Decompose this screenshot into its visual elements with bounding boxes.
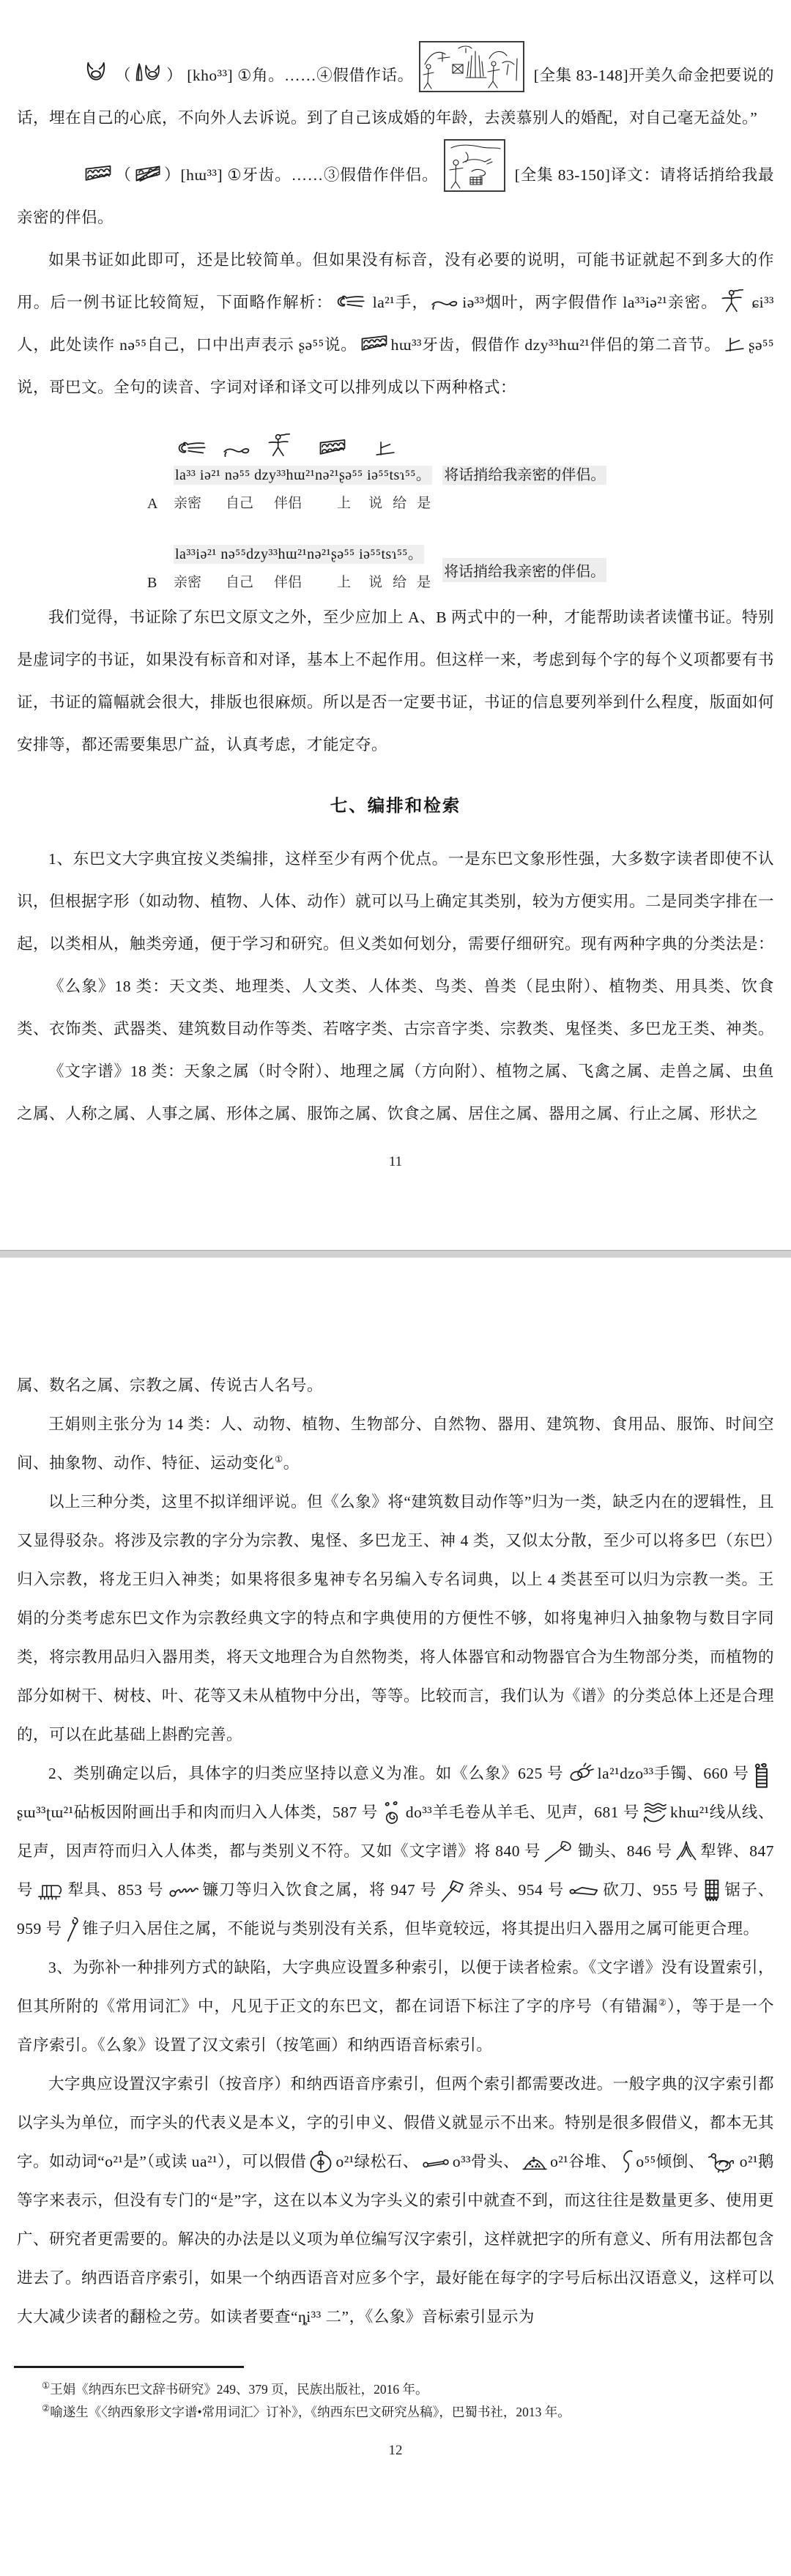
gloss-word: 自己 [226, 496, 253, 511]
example-b-phonetic: la³³iə²¹ nə⁵⁵dzy³³hɯ²¹nə²¹ʂə⁵⁵ iə⁵⁵tsɿ⁵⁵… [174, 545, 424, 564]
page-12: 属、数名之属、宗教之属、传说古人名号。 王娟则主张分为 14 类：人、动物、植物… [0, 1258, 791, 2576]
document-scan: { "page1": { "number": "11", "entry1": {… [0, 0, 791, 2576]
page-11: （） [kho³³] ①角。……④假借作话。 [全集 83-148]开美久命金把… [0, 0, 791, 1250]
page-divider [0, 1250, 791, 1258]
geba-sho-glyph [724, 334, 746, 353]
gloss-word: 自己 [226, 575, 253, 590]
gloss-word: 亲密 [174, 575, 201, 590]
axe-glyph [440, 1877, 465, 1902]
awl-glyph [65, 1916, 80, 1942]
teeth-glyph [319, 438, 346, 457]
gloss-word: 是 [417, 496, 431, 511]
example-a-glyph-row [174, 422, 774, 457]
gloss-word: 说 [368, 496, 382, 511]
footnote-1: ①王娟《纳西东巴文辞书研究》249、379 页，民族出版社，2016 年。 [17, 2378, 774, 2401]
tobacco-leaf-glyph [431, 297, 459, 310]
gloss-word: 给 [393, 575, 406, 590]
hand-glyph [335, 293, 365, 310]
thread-glyph [642, 1802, 667, 1824]
page-number-11: 11 [17, 1154, 774, 1170]
footnote-2: ②喻遂生《〈纳西象形文字谱•常用词汇〉订补》，《纳西东巴文研究丛稿》，巴蜀书社，… [17, 2401, 774, 2424]
paragraph-wenzipu-18-classes: 《文字谱》18 类：天象之属（时令附）、地理之属（方向附）、植物之属、飞禽之属、… [17, 1050, 774, 1135]
section-heading: 七、编排和检索 [17, 791, 774, 822]
paragraph-classification-1: 1、东巴文大字典宜按义类编排，这样至少有两个优点。一是东巴文象形性强，大多数字读… [17, 838, 774, 965]
footnote-marker: ② [42, 2403, 50, 2413]
example-b-label: B [140, 570, 174, 596]
teeth-glyph [360, 334, 388, 353]
example-block-b: la³³iə²¹ nə⁵⁵dzy³³hɯ²¹nə²¹ʂə⁵⁵ iə⁵⁵tsɿ⁵⁵… [174, 539, 774, 596]
gloss-word: 伴侣 [274, 496, 302, 511]
machete-glyph [568, 1883, 600, 1898]
chopping-board-glyph [752, 1762, 771, 1788]
paragraph-point-3: 3、为弥补一种排列方式的缺陷，大字典应设置多种索引，以便于读者检索。《文字谱》没… [17, 1948, 774, 2065]
paragraph-index-discussion: 大字典应设置汉字索引（按音序）和纳西语音序索引，但两个索引都需要改进。一般字典的… [17, 2065, 774, 2337]
hand-glyph [177, 439, 206, 457]
horn-variant-glyph [134, 62, 163, 83]
example-a-gloss-words: 亲密自己伴侣上说给是 [174, 491, 431, 517]
geba-sho-glyph [374, 438, 396, 457]
footnote-marker: ① [42, 2380, 50, 2391]
example-a-phonetic: la³³ iə²¹ nə⁵⁵ dzy³³hɯ²¹nə²¹ʂə⁵⁵ iə⁵⁵tsɿ… [174, 466, 432, 485]
gloss-word: 给 [393, 496, 406, 511]
saw-glyph [702, 1877, 721, 1904]
manuscript-image-83-148 [419, 41, 524, 92]
gloss-word: 伴侣 [274, 575, 302, 590]
example-a-gloss-row: A 亲密自己伴侣上说给是 [174, 491, 774, 517]
tobacco-leaf-glyph [223, 444, 251, 457]
example-a-translation: 将话捎给我亲密的伴侣。 [442, 466, 606, 485]
hoe-glyph [543, 1840, 574, 1862]
paragraph-point-2: 2、类别确定以后，具体字的归类应坚持以意义为准。如《么象》625 号la²¹dz… [17, 1754, 774, 1948]
teeth-variant-glyph [135, 165, 161, 182]
plow-glyph [37, 1879, 64, 1901]
teeth-glyph [84, 164, 112, 183]
paragraph-classification-comment: 以上三种分类，这里不拟详细评说。但《么象》将“建筑数目动作等”归为一类，缺乏内在… [17, 1483, 774, 1754]
example-b-translation: 将话捎给我亲密的伴侣。 [442, 558, 606, 582]
gloss-word: 说 [368, 575, 382, 590]
entry-hw-teeth: （）[hɯ³³] ①牙齿。……③假借作伴侣。 [全集 83-150]译文：请将话… [17, 139, 774, 239]
goose-glyph [708, 2151, 737, 2173]
gloss-word: 是 [417, 575, 431, 590]
paragraph-continuation: 属、数名之属、宗教之属、传说古人名号。 [17, 1366, 774, 1405]
example-a-phonetic-row: la³³ iə²¹ nə⁵⁵ dzy³³hɯ²¹nə²¹ʂə⁵⁵ iə⁵⁵tsɿ… [174, 460, 774, 491]
example-b-phonetic-row: la³³iə²¹ nə⁵⁵dzy³³hɯ²¹nə²¹ʂə⁵⁵ iə⁵⁵tsɿ⁵⁵… [174, 539, 431, 570]
gloss-word: 上 [337, 575, 351, 590]
example-b-gloss-row: B 亲密自己伴侣上说给是 [174, 570, 431, 596]
example-a-label: A [140, 491, 174, 517]
footnote-rule [14, 2366, 244, 2368]
page-number-12: 12 [17, 2443, 774, 2459]
bracelet-glyph [567, 1762, 595, 1783]
example-b-gloss-words: 亲密自己伴侣上说给是 [174, 570, 431, 596]
tip-over-glyph [620, 2149, 633, 2174]
bone-glyph [422, 2157, 450, 2169]
manuscript-image-83-150 [444, 139, 505, 192]
footnote-marker: ② [658, 1998, 667, 2008]
turquoise-glyph [309, 2150, 333, 2173]
wool-coil-glyph [381, 1801, 403, 1825]
grain-heap-glyph [522, 2152, 547, 2171]
gloss-word: 上 [337, 496, 351, 511]
paragraph-analysis: 如果书证如此即可，还是比较简单。但如果没有标音，没有必要的说明，可能书证就起不到… [17, 239, 774, 409]
entry-kho-horn: （） [kho³³] ①角。……④假借作话。 [全集 83-148]开美久命金把… [17, 41, 774, 139]
horn-glyph [84, 60, 108, 83]
gloss-word: 亲密 [174, 496, 201, 511]
paragraph-moxiang-18-classes: 《么象》18 类：天文类、地理类、人文类、人体类、鸟类、兽类（昆虫附）、植物类、… [17, 965, 774, 1050]
sickle-glyph [167, 1882, 199, 1898]
footnote-marker: ① [275, 1454, 283, 1464]
person-glyph [721, 289, 744, 313]
plowshare-glyph [675, 1840, 697, 1862]
person-glyph [267, 433, 291, 457]
paragraph-wangjuan-14-classes: 王娟则主张分为 14 类：人、动物、植物、生物部分、自然物、器用、建筑物、食用品… [17, 1405, 774, 1483]
paragraph-opinion: 我们觉得，书证除了东巴文原文之外，至少应加上 A、B 两式中的一种，才能帮助读者… [17, 596, 774, 766]
example-block-a: la³³ iə²¹ nə⁵⁵ dzy³³hɯ²¹nə²¹ʂə⁵⁵ iə⁵⁵tsɿ… [174, 422, 774, 517]
